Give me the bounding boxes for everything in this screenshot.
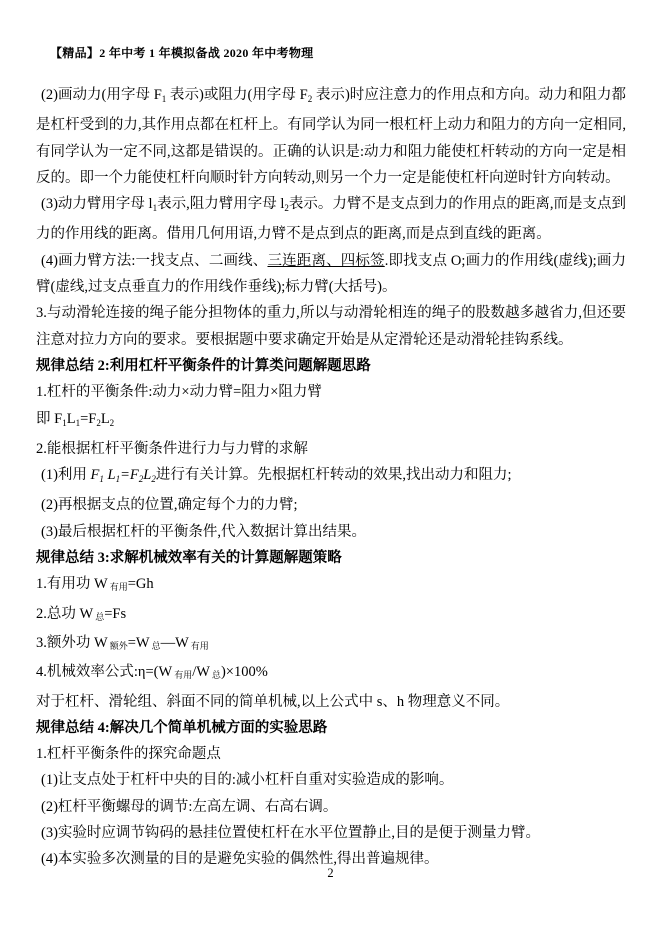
- text-run: 即 F: [36, 411, 62, 427]
- paragraph: (2)杠杆平衡螺母的调节:左高左调、右高右调。: [36, 794, 626, 820]
- paragraph: 1.杠杆平衡条件的探究命题点: [36, 741, 626, 767]
- page-number: 2: [0, 866, 661, 881]
- paragraph: 1.有用功 W有用=Gh: [36, 571, 626, 600]
- text-run: (4)画力臂方法:一找支点、二画线、: [41, 253, 267, 269]
- text-run: 有用: [110, 582, 128, 592]
- text-run: 总: [152, 641, 161, 651]
- text-run: 三连距离、四标签: [267, 253, 384, 269]
- text-run: =: [120, 467, 130, 483]
- text-run: 表示)或阻力(用字母 F: [166, 87, 307, 103]
- text-run: 2.能根据杠杆平衡条件进行力与力臂的求解: [36, 441, 308, 457]
- text-run: 2020: [223, 46, 248, 60]
- text-run: 规律总结 4:解决几个简单机械方面的实验思路: [36, 720, 327, 736]
- section-heading: 规律总结 4:解决几个简单机械方面的实验思路: [36, 715, 626, 741]
- paragraph: (3)最后根据杠杆的平衡条件,代入数据计算出结果。: [36, 519, 626, 545]
- text-run: 有用: [191, 641, 209, 651]
- text-run: 2: [110, 418, 115, 428]
- section-heading: 规律总结 3:求解机械效率有关的计算题解题策略: [36, 545, 626, 571]
- text-run: =F: [80, 411, 96, 427]
- text-run: F: [130, 467, 139, 483]
- text-run: 总: [212, 670, 221, 680]
- text-run: L: [101, 411, 110, 427]
- paragraph: 1.杠杆的平衡条件:动力×动力臂=阻力×阻力臂: [36, 379, 626, 405]
- paragraph: (1)让支点处于杠杆中央的目的:减小杠杆自重对实验造成的影响。: [36, 767, 626, 793]
- text-run: 2.总功 W: [36, 606, 93, 622]
- text-run: (2)再根据支点的位置,确定每个力的力臂;: [41, 497, 298, 513]
- paragraph: (3)动力臂用字母 l1表示,阻力臂用字母 l2表示。力臂不是支点到力的作用点的…: [36, 191, 626, 248]
- text-run: 额外: [110, 641, 128, 651]
- document-body: (2)画动力(用字母 F1 表示)或阻力(用字母 F2 表示)时应注意力的作用点…: [36, 82, 626, 873]
- text-run: 1.杠杆的平衡条件:动力×动力臂=阻力×阻力臂: [36, 384, 322, 400]
- section-heading: 规律总结 2:利用杠杆平衡条件的计算类问题解题思路: [36, 353, 626, 379]
- text-run: =Gh: [128, 576, 154, 592]
- paragraph: 对于杠杆、滑轮组、斜面不同的简单机械,以上公式中 s、h 物理意义不同。: [36, 689, 626, 715]
- text-run: )×100%: [221, 664, 268, 680]
- text-run: 对于杠杆、滑轮组、斜面不同的简单机械,以上公式中 s、h 物理意义不同。: [36, 694, 509, 710]
- text-run: 进行有关计算。先根据杠杆转动的效果,找出动力和阻力;: [156, 467, 512, 483]
- text-run: 年中考: [106, 46, 150, 60]
- text-run: (2)杠杆平衡螺母的调节:左高左调、右高右调。: [41, 799, 337, 815]
- text-run: —W: [161, 635, 189, 651]
- text-run: (2)画动力(用字母 F: [41, 87, 162, 103]
- paragraph: 即 F1L1=F2L2: [36, 406, 626, 436]
- paragraph: (2)再根据支点的位置,确定每个力的力臂;: [36, 492, 626, 518]
- text-run: =W: [128, 635, 150, 651]
- document-header: 【精品】2 年中考 1 年模拟备战 2020 年中考物理: [50, 44, 313, 61]
- text-run: (3)动力臂用字母 l: [41, 196, 153, 212]
- text-run: 3.额外功 W: [36, 635, 108, 651]
- paragraph: (2)画动力(用字母 F1 表示)或阻力(用字母 F2 表示)时应注意力的作用点…: [36, 82, 626, 191]
- text-run: (3)实验时应调节钩码的悬挂位置使杠杆在水平位置静止,目的是便于测量力臂。: [41, 825, 540, 841]
- paragraph: (1)利用 F1 L1=F2L2进行有关计算。先根据杠杆转动的效果,找出动力和阻…: [36, 462, 626, 492]
- text-run: 年中考物理: [249, 46, 314, 60]
- document-page: 【精品】2 年中考 1 年模拟备战 2020 年中考物理 (2)画动力(用字母 …: [0, 0, 661, 935]
- text-run: 规律总结 2:利用杠杆平衡条件的计算类问题解题思路: [36, 358, 371, 374]
- paragraph: 4.机械效率公式:η=(W有用/W总)×100%: [36, 659, 626, 688]
- paragraph: 3.与动滑轮连接的绳子能分担物体的重力,所以与动滑轮相连的绳子的股数越多越省力,…: [36, 300, 626, 353]
- text-run: 规律总结 3:求解机械效率有关的计算题解题策略: [36, 550, 342, 566]
- text-run: (1)让支点处于杠杆中央的目的:减小杠杆自重对实验造成的影响。: [41, 772, 453, 788]
- text-run: 1.有用功 W: [36, 576, 108, 592]
- text-run: (4)本实验多次测量的目的是避免实验的偶然性,得出普遍规律。: [41, 851, 439, 867]
- paragraph: 3.额外功 W额外=W总—W有用: [36, 630, 626, 659]
- text-run: 3.与动滑轮连接的绳子能分担物体的重力,所以与动滑轮相连的绳子的股数越多越省力,…: [36, 305, 626, 347]
- text-run: (1)利用: [41, 467, 91, 483]
- text-run: 4.机械效率公式:η=(W: [36, 664, 172, 680]
- text-run: L: [104, 467, 116, 483]
- text-run: /W: [192, 664, 210, 680]
- paragraph: 2.能根据杠杆平衡条件进行力与力臂的求解: [36, 436, 626, 462]
- paragraph: 2.总功 W总=Fs: [36, 601, 626, 630]
- text-run: 有用: [174, 670, 192, 680]
- text-run: 年模拟备战: [155, 46, 223, 60]
- text-run: (3)最后根据杠杆的平衡条件,代入数据计算出结果。: [41, 524, 366, 540]
- text-run: =Fs: [104, 606, 126, 622]
- text-run: 表示,阻力臂用字母 l: [157, 196, 284, 212]
- text-run: 【精品】: [50, 46, 99, 60]
- text-run: 总: [95, 612, 104, 622]
- text-run: 1.杠杆平衡条件的探究命题点: [36, 746, 221, 762]
- paragraph: (4)画力臂方法:一找支点、二画线、三连距离、四标签.即找支点 O;画力的作用线…: [36, 248, 626, 301]
- text-run: L: [67, 411, 76, 427]
- paragraph: (3)实验时应调节钩码的悬挂位置使杠杆在水平位置静止,目的是便于测量力臂。: [36, 820, 626, 846]
